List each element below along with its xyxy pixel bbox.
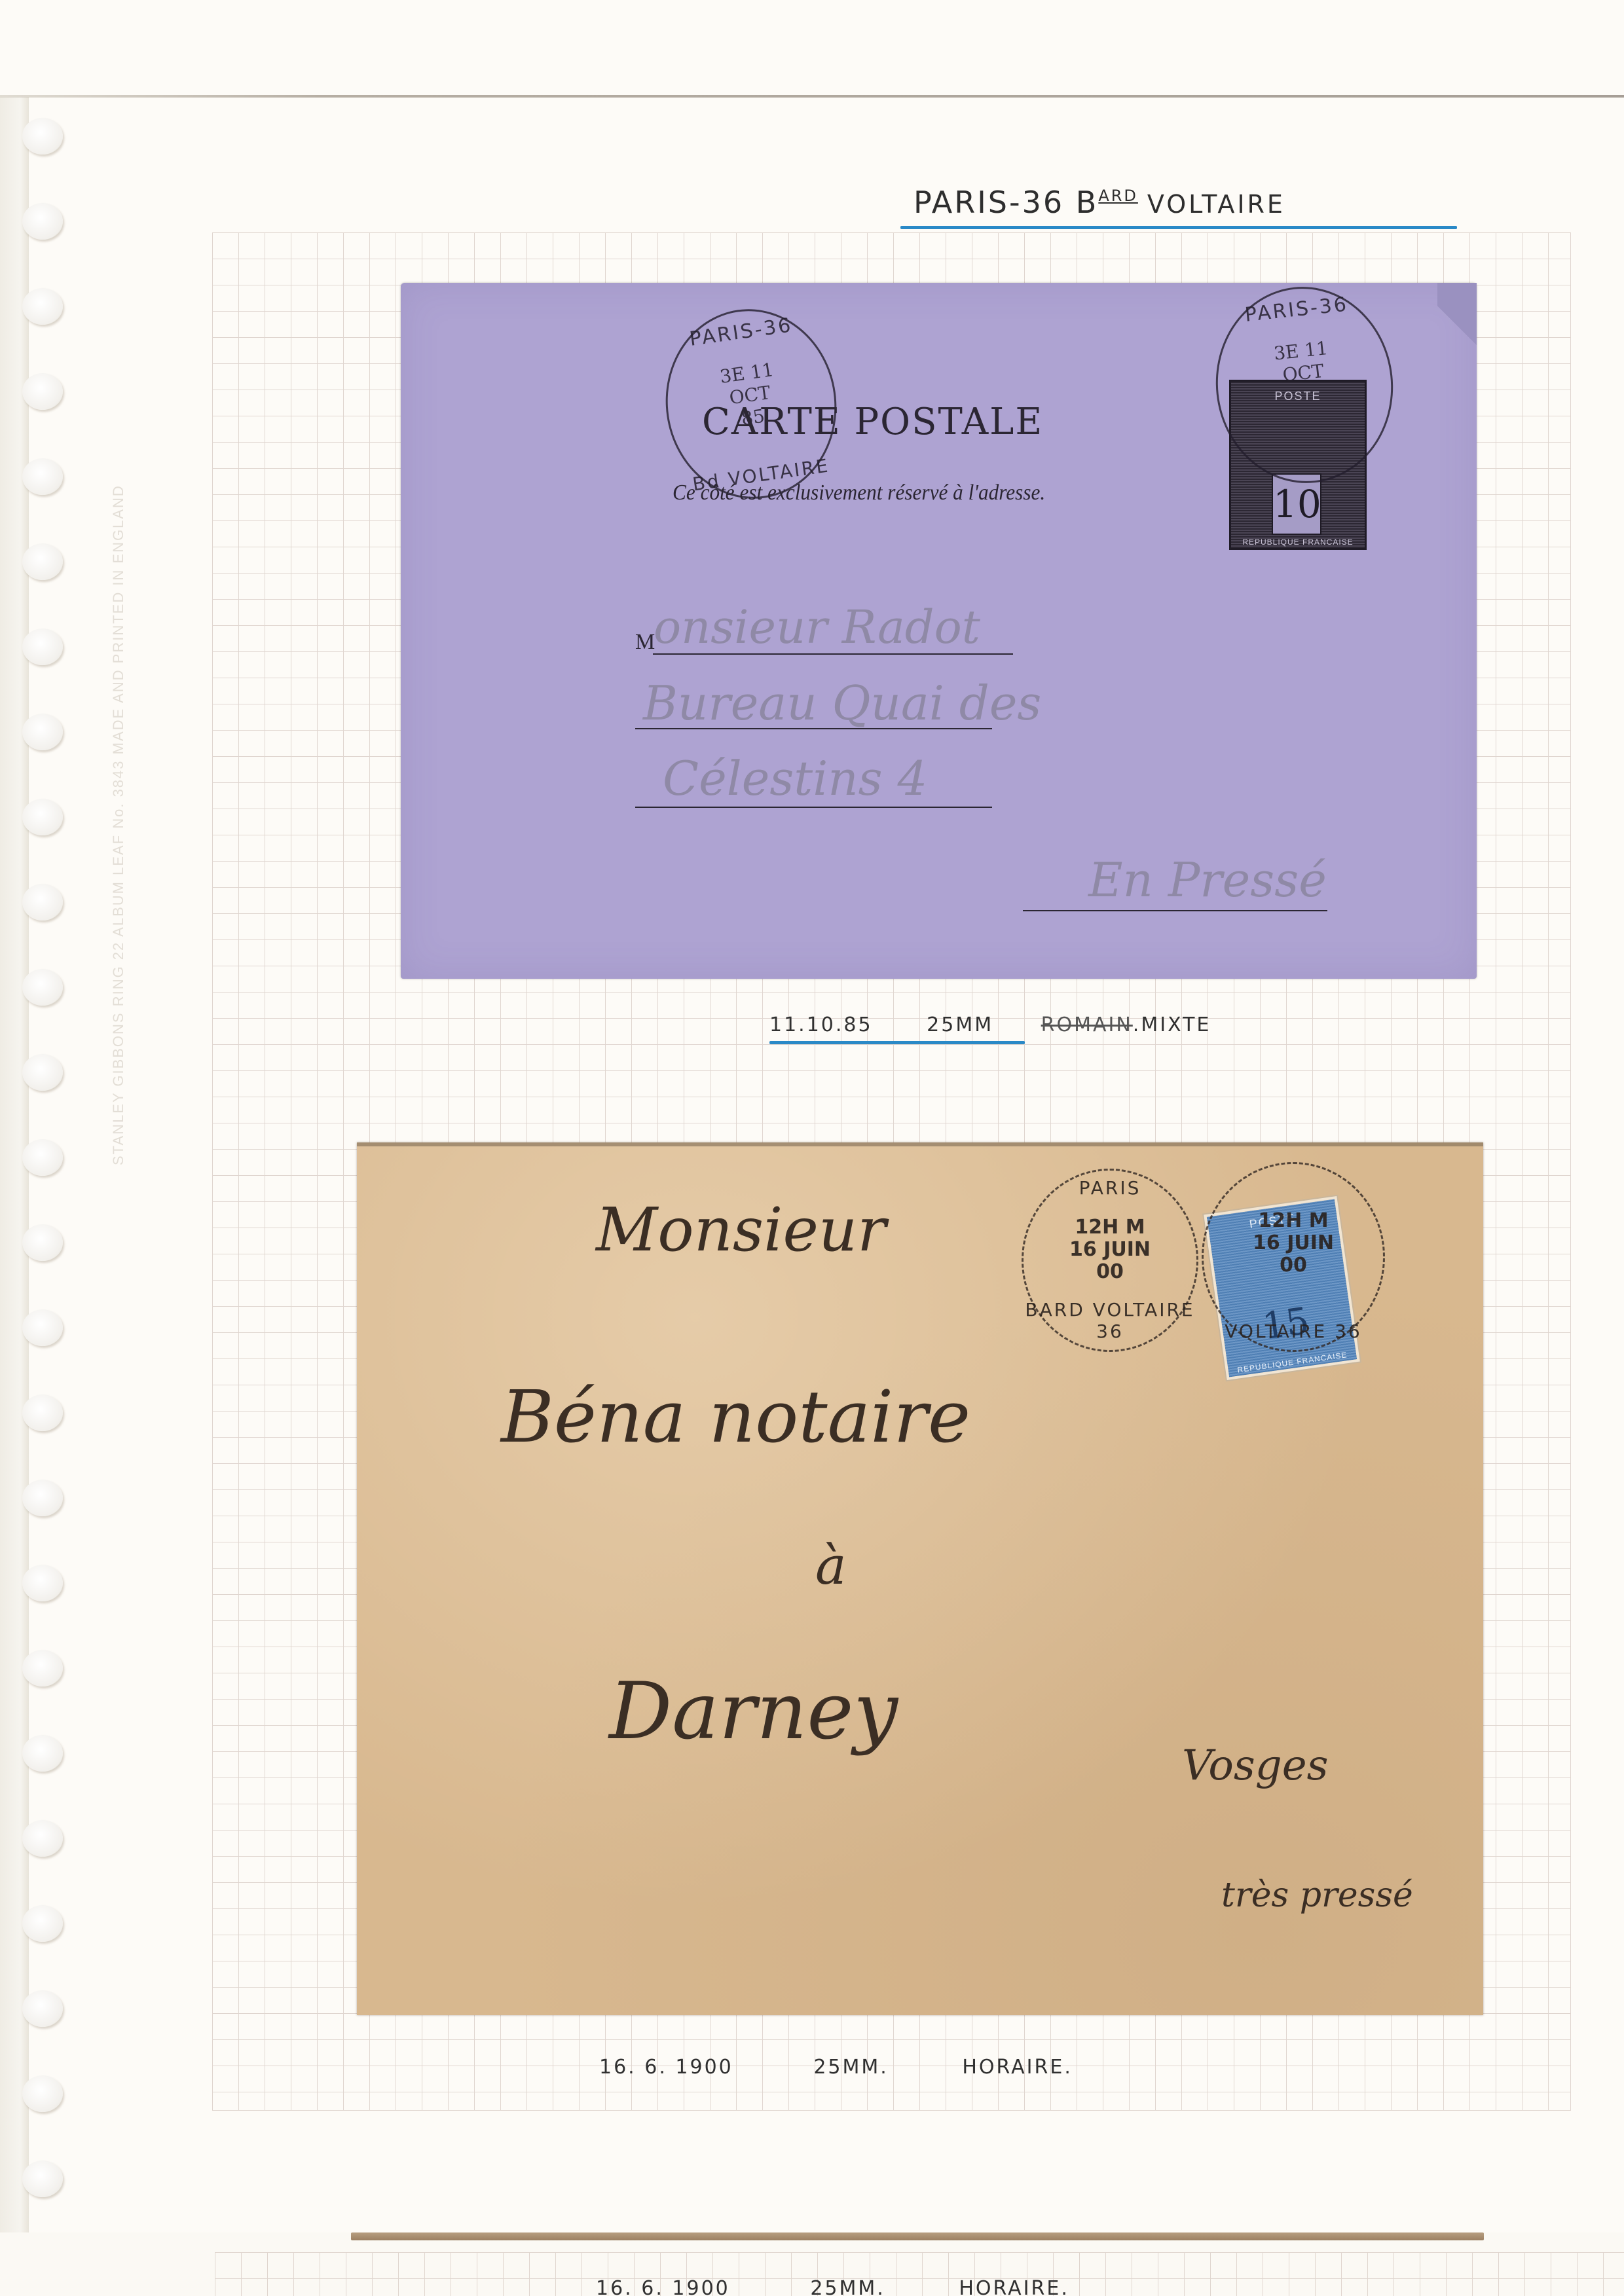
ring-hole bbox=[22, 288, 63, 325]
caption-date: 16. 6. 1900 bbox=[596, 2277, 730, 2296]
postmark-day: 16 JUIN bbox=[1204, 1232, 1383, 1254]
handwritten-department: Vosges bbox=[1182, 1741, 1328, 1790]
ring-hole bbox=[22, 373, 63, 410]
ring-hole bbox=[22, 884, 63, 920]
postmark-date: 12H M 16 JUIN 00 bbox=[1204, 1210, 1383, 1277]
title-prefix: PARIS-36 B bbox=[913, 185, 1098, 220]
postmark-year: 00 bbox=[1024, 1261, 1196, 1283]
ring-hole bbox=[22, 2160, 63, 2197]
title-superscript: ARD bbox=[1098, 187, 1138, 205]
stamp-country: REPUBLIQUE FRANCAISE bbox=[1228, 1349, 1357, 1376]
title-rest: VOLTAIRE bbox=[1147, 190, 1285, 219]
caption-type: HORAIRE. bbox=[959, 2277, 1069, 2296]
handwritten-preposition: à bbox=[815, 1535, 847, 1596]
handwritten-urgent-note: très pressé bbox=[1221, 1876, 1413, 1915]
envelope-edge-continuation bbox=[351, 2232, 1484, 2240]
ring-hole bbox=[22, 1480, 63, 1516]
ring-hole bbox=[22, 1735, 63, 1772]
handwritten-town: Darney bbox=[609, 1666, 898, 1757]
ring-hole bbox=[22, 969, 63, 1006]
postmark-day: 16 JUIN bbox=[1024, 1239, 1196, 1261]
caption-postcard: 11.10.85 25MM ROMAIN.MIXTE bbox=[769, 1013, 1211, 1036]
ring-hole bbox=[22, 203, 63, 240]
handwritten-street-2: Célestins 4 bbox=[663, 751, 927, 806]
handwritten-addressee: onsieur Radot bbox=[654, 600, 980, 654]
ring-hole bbox=[22, 1394, 63, 1431]
ring-hole bbox=[22, 1224, 63, 1261]
handwritten-addressee: Béna notaire bbox=[501, 1375, 970, 1459]
ring-hole bbox=[22, 1990, 63, 2027]
ring-hole bbox=[22, 543, 63, 580]
postmark-cancel: PARIS 12H M 16 JUIN 00 BARD VOLTAIRE 36 bbox=[1022, 1169, 1198, 1352]
postmark-date: 12H M 16 JUIN 00 bbox=[1024, 1216, 1196, 1283]
postmark-date: 3E 11 OCT bbox=[1214, 331, 1391, 393]
postcard-subheading: Ce côté est exclusivement réservé à l'ad… bbox=[673, 481, 1045, 505]
ring-hole bbox=[22, 1054, 63, 1091]
postmark-year: 00 bbox=[1204, 1254, 1383, 1277]
caption-date: 16. 6. 1900 bbox=[599, 2056, 733, 2079]
caption-size: 25MM bbox=[927, 1013, 993, 1036]
caption-type: HORAIRE. bbox=[962, 2056, 1073, 2079]
envelope: PARIS 12H M 16 JUIN 00 BARD VOLTAIRE 36 … bbox=[357, 1142, 1483, 2015]
caption-duplicate: 16. 6. 1900 25MM. HORAIRE. bbox=[596, 2277, 1069, 2296]
postmark-bottom-text: BARD VOLTAIRE 36 bbox=[1024, 1299, 1196, 1342]
postmark-time: 12H M bbox=[1204, 1210, 1383, 1232]
ring-hole bbox=[22, 1565, 63, 1601]
ring-hole bbox=[22, 629, 63, 665]
postmark-top-text: PARIS-36 bbox=[1209, 289, 1384, 330]
postmark-top-text: PARIS bbox=[1024, 1177, 1196, 1199]
caption-size: 25MM. bbox=[810, 2277, 885, 2296]
caption-struck-type: ROMAIN bbox=[1041, 1013, 1133, 1036]
address-prefix: M bbox=[635, 630, 655, 655]
ring-hole bbox=[22, 714, 63, 750]
album-imprint: STANLEY GIBBONS RING 22 ALBUM LEAF No. 3… bbox=[110, 484, 127, 1165]
caption-type: .MIXTE bbox=[1133, 1013, 1211, 1036]
postmark-bottom-text: VOLTAIRE 36 bbox=[1204, 1321, 1383, 1342]
title-underline bbox=[900, 226, 1457, 229]
caption-underline bbox=[769, 1041, 1025, 1044]
handwritten-salutation: Monsieur bbox=[596, 1195, 886, 1265]
page-top-edge bbox=[0, 95, 1624, 98]
page-title: PARIS-36 BARDVOLTAIRE bbox=[913, 185, 1285, 220]
ring-hole bbox=[22, 2075, 63, 2112]
ring-hole bbox=[22, 1650, 63, 1686]
postmark-time: 12H M bbox=[1024, 1216, 1196, 1239]
postmark-top-text: PARIS-36 bbox=[657, 310, 824, 355]
ring-hole bbox=[22, 1820, 63, 1857]
caption-size: 25MM. bbox=[813, 2056, 888, 2079]
address-line bbox=[1023, 910, 1327, 911]
postcard-heading: CARTE POSTALE bbox=[702, 401, 1043, 443]
postcard: PARIS-36 3E 11 OCT 85 Bd VOLTAIRE CARTE … bbox=[401, 283, 1477, 979]
caption-date: 11.10.85 bbox=[769, 1013, 873, 1036]
stamp-country: REPUBLIQUE FRANCAISE bbox=[1231, 538, 1365, 547]
ring-hole bbox=[22, 1139, 63, 1176]
ring-hole bbox=[22, 118, 63, 155]
ring-hole bbox=[22, 799, 63, 835]
address-line bbox=[635, 807, 992, 808]
caption-envelope: 16. 6. 1900 25MM. HORAIRE. bbox=[599, 2056, 1073, 2079]
handwritten-note: En Pressé bbox=[1088, 852, 1327, 907]
stamp-cancel: 12H M 16 JUIN 00 VOLTAIRE 36 bbox=[1202, 1162, 1385, 1352]
handwritten-street: Bureau Quai des bbox=[643, 676, 1041, 731]
ring-hole bbox=[22, 1309, 63, 1346]
ring-hole bbox=[22, 1905, 63, 1942]
ring-hole bbox=[22, 458, 63, 495]
